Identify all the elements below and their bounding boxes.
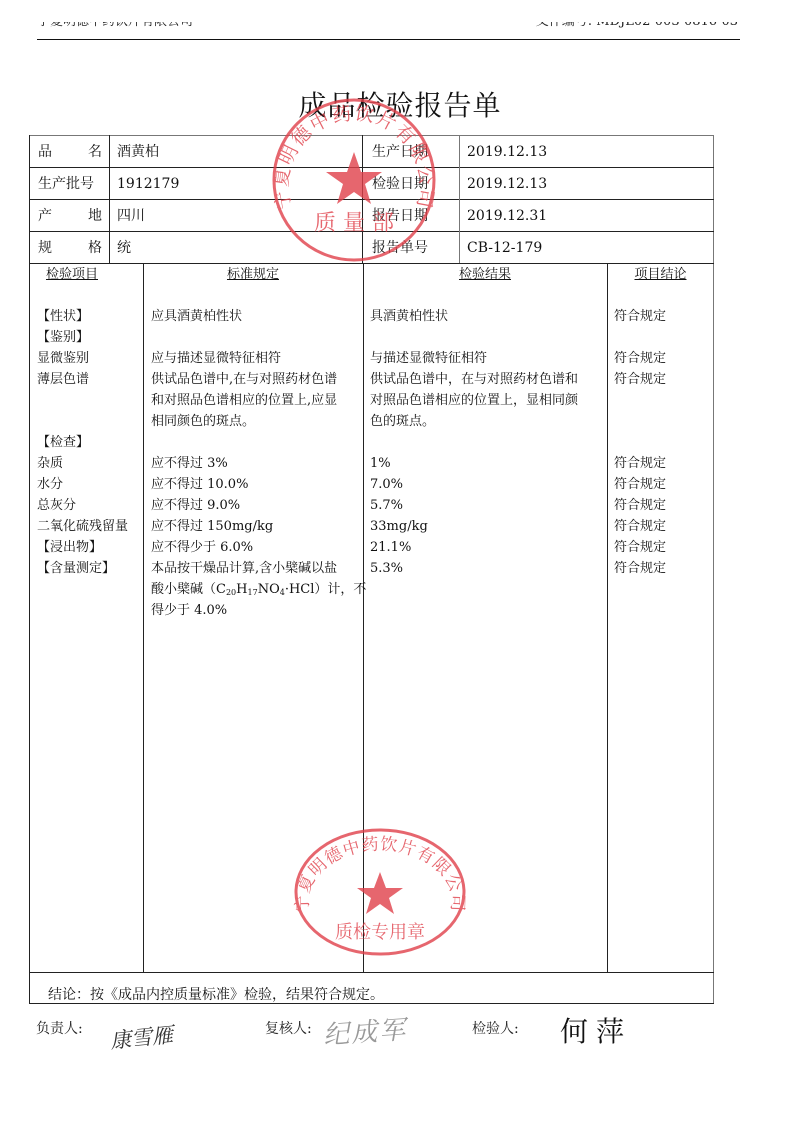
item-label: 杂质 — [37, 453, 142, 474]
conclusion-text: 符合规定 — [614, 306, 709, 327]
standard-text: 相同颜色的斑点。 — [151, 411, 361, 432]
inspection-date-label: 检验日期 — [372, 174, 428, 194]
report-date-label: 报告日期 — [372, 206, 428, 226]
conclusion-text: 符合规定 — [614, 369, 709, 390]
conclusion-text — [614, 411, 709, 432]
header-rule — [37, 39, 740, 40]
result-text: 5.7% — [370, 495, 605, 516]
spec: 统 — [117, 238, 131, 258]
conclusion-text — [614, 327, 709, 348]
result-text: 5.3% — [370, 558, 605, 579]
standard-text: 酸小檗碱（C20H17NO4·HCl）计，不 — [151, 579, 361, 600]
column-header-item: 检验项目 — [29, 266, 115, 284]
file-number: 文件编号: MDJL02-003-0816-03 — [536, 22, 738, 38]
result-column: 具酒黄柏性状与描述显微特征相符供试品色谱中，在与对照药材色谱和对照品色谱相应的位… — [370, 306, 605, 621]
result-text: 色的斑点。 — [370, 411, 605, 432]
result-text — [370, 579, 605, 600]
conclusion-text: 符合规定 — [614, 474, 709, 495]
conclusion-text: 符合规定 — [614, 516, 709, 537]
standard-text: 应不得过 10.0% — [151, 474, 361, 495]
item-label: 显微鉴别 — [37, 348, 142, 369]
standard-text: 应不得过 150mg/kg — [151, 516, 361, 537]
standard-text: 得少于 4.0% — [151, 600, 361, 621]
conclusion-text — [614, 432, 709, 453]
spec-label: 规格 — [38, 238, 102, 258]
reviewer-label: 复核人: — [265, 1018, 312, 1038]
standard-text: 应不得过 3% — [151, 453, 361, 474]
item-label: 【浸出物】 — [37, 537, 142, 558]
item-label: 【鉴别】 — [37, 327, 142, 348]
product-name-label: 品名 — [38, 142, 102, 162]
result-text — [370, 432, 605, 453]
item-label — [37, 390, 142, 411]
column-header-standard: 标准规定 — [143, 266, 363, 284]
result-text: 1% — [370, 453, 605, 474]
item-label: 二氧化硫残留量 — [37, 516, 142, 537]
batch-number: 1912179 — [117, 174, 179, 194]
standard-text: 本品按干燥品计算,含小檗碱以盐 — [151, 558, 361, 579]
conclusion-text — [614, 579, 709, 600]
standard-text — [151, 327, 361, 348]
conclusion-text: 符合规定 — [614, 537, 709, 558]
responsible-label: 负责人: — [36, 1018, 83, 1038]
result-text: 33mg/kg — [370, 516, 605, 537]
standard-text: 应不得少于 6.0% — [151, 537, 361, 558]
conclusion-text — [614, 390, 709, 411]
inspector-label: 检验人: — [472, 1018, 519, 1038]
item-label: 【含量测定】 — [37, 558, 142, 579]
result-text: 7.0% — [370, 474, 605, 495]
standard-text — [151, 432, 361, 453]
result-text: 21.1% — [370, 537, 605, 558]
item-column: 【性状】【鉴别】显微鉴别薄层色谱【检查】杂质水分总灰分二氧化硫残留量【浸出物】【… — [37, 306, 142, 621]
production-date: 2019.12.13 — [467, 142, 547, 162]
product-name: 酒黄柏 — [117, 142, 159, 162]
conclusion-text: 符合规定 — [614, 558, 709, 579]
result-text: 具酒黄柏性状 — [370, 306, 605, 327]
reviewer-signature: 纪成军 — [322, 1009, 408, 1052]
item-label: 【性状】 — [37, 306, 142, 327]
standard-column: 应具酒黄柏性状应与描述显微特征相符供试品色谱中,在与对照药材色谱和对照品色谱相应… — [151, 306, 361, 621]
standard-text: 应不得过 9.0% — [151, 495, 361, 516]
standard-text: 应与描述显微特征相符 — [151, 348, 361, 369]
conclusion-text: 符合规定 — [614, 348, 709, 369]
inspection-date: 2019.12.13 — [467, 174, 547, 194]
batch-label: 生产批号 — [38, 174, 94, 194]
standard-text: 供试品色谱中,在与对照药材色谱 — [151, 369, 361, 390]
result-text — [370, 600, 605, 621]
standard-text: 和对照品色谱相应的位置上,应显 — [151, 390, 361, 411]
item-label — [37, 600, 142, 621]
item-label: 【检查】 — [37, 432, 142, 453]
production-date-label: 生产日期 — [372, 142, 428, 162]
conclusion-text: 符合规定 — [614, 495, 709, 516]
item-label: 总灰分 — [37, 495, 142, 516]
column-header-conclusion: 项目结论 — [607, 266, 714, 284]
conclusion-text — [614, 600, 709, 621]
result-text: 供试品色谱中，在与对照药材色谱和 — [370, 369, 605, 390]
standard-text: 应具酒黄柏性状 — [151, 306, 361, 327]
inspector-signature: 何萍 — [560, 1010, 632, 1050]
item-label — [37, 411, 142, 432]
result-text: 与描述显微特征相符 — [370, 348, 605, 369]
item-label — [37, 579, 142, 600]
item-label: 水分 — [37, 474, 142, 495]
origin: 四川 — [117, 206, 145, 226]
result-text: 对照品色谱相应的位置上，显相同颜 — [370, 390, 605, 411]
conclusion-column: 符合规定符合规定符合规定符合规定符合规定符合规定符合规定符合规定符合规定 — [614, 306, 709, 621]
report-number: CB-12-179 — [467, 238, 542, 258]
responsible-signature: 康雪雁 — [109, 1019, 175, 1055]
result-text — [370, 327, 605, 348]
report-date: 2019.12.31 — [467, 206, 547, 226]
conclusion-text: 符合规定 — [614, 453, 709, 474]
company-header: 宁夏明德中药饮片有限公司 — [37, 22, 193, 38]
report-no-label: 报告单号 — [372, 238, 428, 258]
origin-label: 产地 — [38, 206, 102, 226]
page-title: 成品检验报告单 — [0, 84, 800, 124]
column-header-result: 检验结果 — [363, 266, 607, 284]
item-label: 薄层色谱 — [37, 369, 142, 390]
overall-conclusion: 结论：按《成品内控质量标准》检验，结果符合规定。 — [48, 985, 384, 1005]
